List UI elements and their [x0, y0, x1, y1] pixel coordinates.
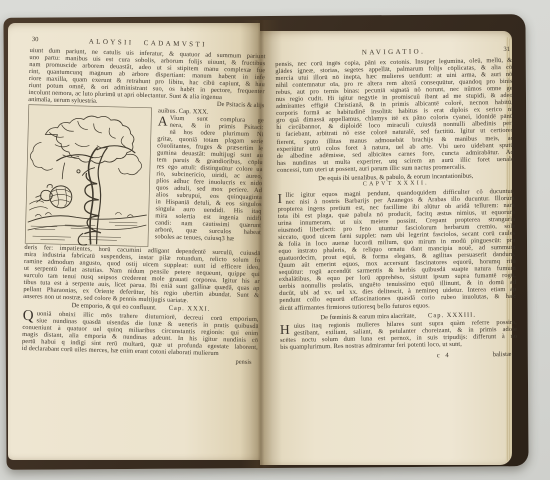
woodcut-tree-serpent-illustration [25, 104, 153, 247]
left-folio-number: 30 [32, 36, 39, 43]
chapter-30-paragraph: A Vium sunt complura genera, & in primis… [155, 114, 264, 244]
paragraph-emporio-lines: uoniā obnixi illic mōs trahere diuturnio… [22, 309, 259, 357]
right-page-content: NAVIGATIO. 31 pensis, nec corū ingēs cop… [275, 46, 517, 363]
photo-background: 30 ALOYSII CADAMVSTI uiunt dum pariunt, … [0, 0, 550, 480]
left-catchword: pensis [235, 358, 251, 366]
paragraph-feminis: H uius itaq regionis mulieres hilares su… [280, 319, 517, 351]
right-paragraph-top: pensis, nec corū ingēs copia, pāni ex co… [275, 57, 514, 174]
paragraph-feminis-lines: uius itaq regionis mulieres hilares sunt… [280, 319, 517, 351]
drop-cap-q: Q [23, 309, 34, 322]
paragraph-emporio: Q uoniā obnixi illic mōs trahere diuturn… [22, 309, 259, 357]
chapter-31-cap-label: Cap. XXXI. [169, 305, 211, 314]
drop-cap-h: H [280, 323, 290, 336]
paragraph-equis-lines: llic igitur equos magni pendunt, quandoq… [277, 188, 516, 312]
left-paragraph-top: uiunt dum pariunt, ne catulis uis infera… [28, 47, 265, 102]
right-catchword: balistæ [493, 350, 512, 359]
chapter-30-paragraph-lines: Vium sunt complura genera, & in primis P… [155, 114, 264, 244]
woodcut-and-column-row: auibus. Cap. XXX. A Vium sunt complura g… [25, 104, 265, 250]
chapter-33-cap-label: Cap. XXXIII. [428, 311, 476, 319]
left-paragraph-below-woodcut: deris fer: impatientes, horū cacumini ad… [23, 243, 260, 306]
right-folio-number: 31 [503, 46, 510, 53]
paragraph-equis: I llic igitur equos magni pendunt, quand… [277, 188, 516, 312]
right-column-beside-woodcut: auibus. Cap. XXX. A Vium sunt complura g… [155, 107, 264, 244]
left-page-content: 30 ALOYSII CADAMVSTI uiunt dum pariunt, … [21, 36, 265, 367]
drop-cap-a: A [158, 114, 168, 127]
signature-mark: c 4 [437, 351, 451, 360]
drop-cap-i: I [277, 192, 282, 205]
